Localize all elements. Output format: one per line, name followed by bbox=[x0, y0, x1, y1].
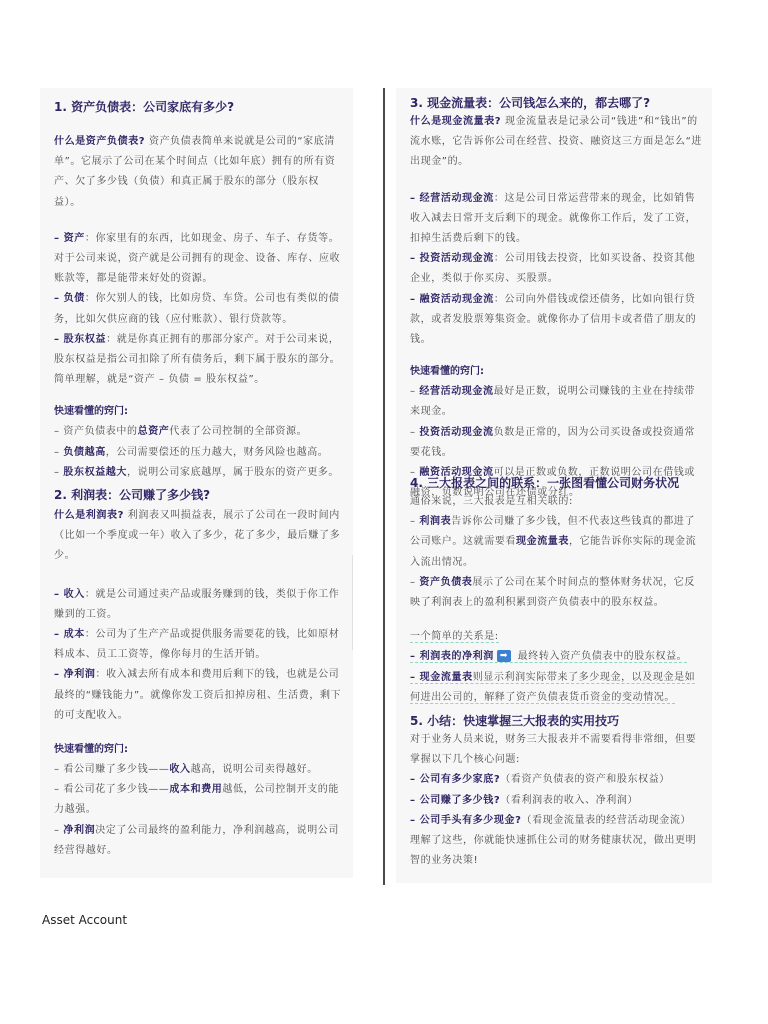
section-4-intro: 通俗来说，三大报表是互相关联的: bbox=[410, 492, 704, 512]
section-1-title: 1. 资产负债表：公司家底有多少? bbox=[54, 98, 345, 116]
cashflow-summary-panel: 3. 现金流量表：公司钱怎么来的，都去哪了? 什么是现金流量表? 现金流量表是记… bbox=[396, 88, 712, 883]
section-5-outro: 理解了这些，你就能快速抓住公司的财务健康状况，做出更明智的业务决策! bbox=[410, 831, 704, 871]
tip-item: – 投资活动现金流负数是正常的，因为公司买设备或投资通常要花钱。 bbox=[410, 423, 704, 463]
balance-sheet-income-panel: 1. 资产负债表：公司家底有多少? 什么是资产负债表? 资产负债表简单来说就是公… bbox=[40, 88, 353, 878]
summary-item: – 公司有多少家底?（看资产负债表的资产和股东权益） bbox=[410, 770, 704, 790]
relation-title: 一个简单的关系是: bbox=[410, 627, 704, 647]
column-divider bbox=[383, 88, 385, 885]
section-1-tips-title: 快速看懂的窍门: bbox=[54, 402, 345, 422]
section-3-title: 3. 现金流量表：公司钱怎么来的，都去哪了? bbox=[410, 94, 704, 112]
section-1-definition: 什么是资产负债表? 资产负债表简单来说就是公司的“家底清单”。它展示了公司在某个… bbox=[54, 132, 345, 213]
section-4-title: 4. 三大报表之间的联系：一张图看懂公司财务状况 bbox=[410, 474, 704, 492]
item-assets: – 资产：你家里有的东西，比如现金、房子、车子、存货等。对于公司来说，资产就是公… bbox=[54, 229, 345, 290]
item-equity: – 股东权益：就是你真正拥有的那部分家产。对于公司来说，股东权益是指公司扣除了所… bbox=[54, 330, 345, 391]
section-relationships: 4. 三大报表之间的联系：一张图看懂公司财务状况 通俗来说，三大报表是互相关联的… bbox=[410, 474, 704, 708]
item-investing-cf: – 投资活动现金流：公司用钱去投资，比如买设备、投资其他企业，类似于你买房、买股… bbox=[410, 249, 704, 289]
section-5-title: 5. 小结：快速掌握三大报表的实用技巧 bbox=[410, 712, 704, 730]
summary-item: – 公司赚了多少钱?（看利润表的收入、净利润） bbox=[410, 791, 704, 811]
section-income-statement: 2. 利润表：公司赚了多少钱? 什么是利润表? 利润表又叫损益表，展示了公司在一… bbox=[54, 486, 345, 861]
relation-line-1: – 利润表的净利润➡ 最终转入资产负债表中的股东权益。 bbox=[410, 647, 704, 667]
section-summary: 5. 小结：快速掌握三大报表的实用技巧 对于业务人员来说，财务三大报表并不需要看… bbox=[410, 712, 704, 871]
image-caption: Asset Account bbox=[42, 913, 127, 927]
section-2-tips-title: 快速看懂的窍门: bbox=[54, 740, 345, 760]
summary-item: – 公司手头有多少现金?（看现金流量表的经营活动现金流） bbox=[410, 811, 704, 831]
relation-line-2: – 现金流量表则显示利润实际带来了多少现金，以及现金是如何进出公司的，解释了资产… bbox=[410, 668, 704, 708]
item-cost: – 成本：公司为了生产产品或提供服务需要花的钱，比如原材料成本、员工工资等，像你… bbox=[54, 625, 345, 665]
relation-item: – 利润表告诉你公司赚了多少钱，但不代表这些钱真的都进了公司账户。这就需要看现金… bbox=[410, 512, 704, 573]
item-financing-cf: – 融资活动现金流：公司向外借钱或偿还债务，比如向银行贷款，或者发股票筹集资金。… bbox=[410, 290, 704, 351]
arrow-right-icon: ➡ bbox=[497, 650, 511, 662]
item-liabilities: – 负债：你欠别人的钱，比如房贷、车贷。公司也有类似的债务，比如欠供应商的钱（应… bbox=[54, 289, 345, 329]
relation-item: – 资产负债表展示了公司在某个时间点的整体财务状况，它反映了利润表上的盈利积累到… bbox=[410, 573, 704, 613]
section-cash-flow: 3. 现金流量表：公司钱怎么来的，都去哪了? 什么是现金流量表? 现金流量表是记… bbox=[410, 94, 704, 503]
tip-item: – 资产负债表中的总资产代表了公司控制的全部资源。 bbox=[54, 422, 345, 442]
item-net-profit: – 净利润：收入减去所有成本和费用后剩下的钱，也就是公司最终的“赚钱能力”。就像… bbox=[54, 665, 345, 726]
section-3-definition: 什么是现金流量表? 现金流量表是记录公司“钱进”和“钱出”的流水账，它告诉你公司… bbox=[410, 112, 704, 173]
tip-item: – 负债越高，公司需要偿还的压力越大，财务风险也越高。 bbox=[54, 443, 345, 463]
item-revenue: – 收入：就是公司通过卖产品或服务赚到的钱，类似于你工作赚到的工资。 bbox=[54, 585, 345, 625]
section-balance-sheet: 1. 资产负债表：公司家底有多少? 什么是资产负债表? 资产负债表简单来说就是公… bbox=[54, 98, 345, 483]
tip-item: – 看公司赚了多少钱——收入越高，说明公司卖得越好。 bbox=[54, 760, 345, 780]
section-2-title: 2. 利润表：公司赚了多少钱? bbox=[54, 486, 345, 504]
item-operating-cf: – 经营活动现金流：这是公司日常运营带来的现金，比如销售收入减去日常开支后剩下的… bbox=[410, 189, 704, 250]
tip-item: – 看公司花了多少钱——成本和费用越低，公司控制开支的能力越强。 bbox=[54, 780, 345, 820]
tip-item: – 股东权益越大，说明公司家底越厚，属于股东的资产更多。 bbox=[54, 463, 345, 483]
faint-divider bbox=[352, 555, 353, 650]
tip-item: – 净利润决定了公司最终的盈利能力，净利润越高，说明公司经营得越好。 bbox=[54, 821, 345, 861]
section-5-intro: 对于业务人员来说，财务三大报表并不需要看得非常细，但要掌握以下几个核心问题: bbox=[410, 730, 704, 770]
section-3-tips-title: 快速看懂的窍门: bbox=[410, 362, 704, 382]
section-2-definition: 什么是利润表? 利润表又叫损益表，展示了公司在一段时间内（比如一个季度或一年）收… bbox=[54, 506, 345, 567]
tip-item: – 经营活动现金流最好是正数，说明公司赚钱的主业在持续带来现金。 bbox=[410, 382, 704, 422]
